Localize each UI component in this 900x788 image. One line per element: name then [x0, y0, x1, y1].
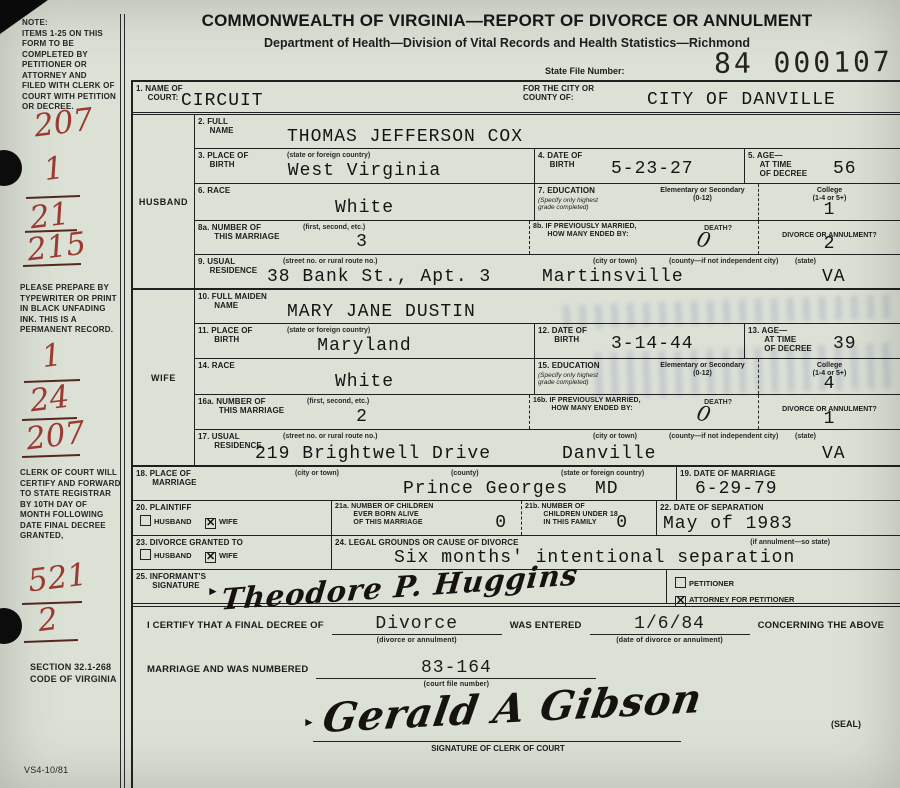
certify-prefix: I CERTIFY THAT A FINAL DECREE OF — [147, 620, 324, 631]
hole-punch-top — [0, 150, 22, 186]
granted-husband-checkbox — [140, 549, 151, 560]
prepare-note: PLEASE PREPARE BY TYPEWRITER OR PRINT IN… — [20, 283, 122, 336]
wife-name-value: MARY JANE DUSTIN — [287, 302, 476, 322]
marriage-county-value: Prince Georges — [403, 479, 568, 499]
grounds-value: Six months' intentional separation — [394, 548, 795, 568]
row-wife-residence: 17. USUAL RESIDENCE (street no. or rural… — [195, 430, 900, 465]
decree-type-hint: (divorce or annulment) — [377, 637, 457, 644]
clerk-signature-line — [313, 741, 681, 742]
handwritten-number: 207 — [24, 418, 87, 456]
state-file-number-label: State File Number: — [545, 66, 625, 76]
children-born-value: 0 — [495, 513, 507, 533]
certification-section: I CERTIFY THAT A FINAL DECREE OF Divorce… — [133, 607, 900, 788]
husband-state-value: VA — [822, 267, 846, 287]
granted-wife-checkbox: ✕ — [205, 552, 216, 563]
plaintiff-husband-checkbox — [140, 515, 151, 526]
decree-type-value: Divorce — [332, 615, 502, 635]
husband-marriage-number-hint: (first, second, etc.) — [303, 224, 365, 231]
marriage-date-value: 6-29-79 — [695, 479, 778, 499]
row-husband-race-edu: 6. RACE White 7. EDUCATION (Specify only… — [195, 184, 900, 221]
grounds-hint: (if annulment—so state) — [750, 539, 830, 546]
seal-label: (SEAL) — [831, 719, 861, 729]
handwritten-number: 2 — [36, 604, 59, 637]
handwritten-number: 207 — [32, 105, 95, 143]
husband-birthdate-value: 5-23-27 — [611, 159, 694, 179]
husband-age-label: 5. AGE— AT TIME OF DECREE — [748, 151, 897, 179]
education-elementary-label: Elementary or Secondary (0-12) — [660, 187, 744, 204]
state-hint: (state or foreign country) — [561, 470, 644, 477]
husband-education-college-value: 1 — [759, 200, 900, 220]
city-hint: (city or town) — [593, 433, 637, 440]
document-title: COMMONWEALTH OF VIRGINIA—REPORT OF DIVOR… — [124, 11, 890, 31]
handwritten-number: 1 — [40, 340, 63, 373]
note-heading: NOTE: — [22, 18, 48, 27]
wife-race-label: 14. RACE — [198, 361, 531, 370]
wife-age-value: 39 — [833, 334, 857, 354]
plaintiff-wife-label: WIFE — [219, 517, 238, 526]
row-wife-race-edu: 14. RACE White 15. EDUCATION (Specify on… — [195, 359, 900, 395]
scanned-divorce-report: NOTE: ITEMS 1-25 ON THIS FORM TO BE COMP… — [0, 0, 900, 788]
handwritten-underline — [24, 639, 78, 643]
row-wife-birth: 11. PLACE OF BIRTH (state or foreign cou… — [195, 324, 900, 359]
note-body: ITEMS 1-25 ON THIS FORM TO BE COMPLETED … — [22, 29, 116, 112]
form-main: COMMONWEALTH OF VIRGINIA—REPORT OF DIVOR… — [124, 0, 900, 788]
wife-city-value: Danville — [562, 444, 656, 464]
county-hint: (county) — [451, 470, 479, 477]
city-hint: (city or town) — [295, 470, 339, 477]
plaintiff-husband-label: HUSBAND — [154, 517, 192, 526]
city-hint: (city or town) — [593, 258, 637, 265]
wife-marriage-number-hint: (first, second, etc.) — [307, 398, 369, 405]
clerk-signature-label: SIGNATURE OF CLERK OF COURT — [353, 744, 643, 753]
state-hint: (state) — [795, 258, 816, 265]
handwritten-number: 1 — [42, 153, 65, 186]
wife-age-label: 13. AGE— AT TIME OF DECREE — [748, 326, 897, 354]
husband-section-label: HUSBAND — [133, 115, 195, 288]
granted-wife-label: WIFE — [219, 551, 238, 560]
form-version: VS4-10/81 — [24, 765, 68, 777]
children-born-label: 21a. NUMBER OF CHILDREN EVER BORN ALIVE … — [335, 503, 518, 527]
wife-divorce-count: 1 — [759, 409, 900, 429]
husband-race-label: 6. RACE — [198, 186, 531, 195]
attorney-label: ATTORNEY FOR PETITIONER — [689, 595, 794, 604]
wife-education-hint: (Specify only highest grade completed) — [538, 372, 644, 386]
husband-birthplace-hint: (state or foreign country) — [287, 152, 370, 159]
wife-section: WIFE 10. FULL MAIDEN NAME MARY JANE DUST… — [133, 290, 900, 467]
certify-mid: WAS ENTERED — [510, 620, 582, 631]
city-county-label: FOR THE CITY OR COUNTY OF: — [523, 84, 594, 102]
entered-date-value: 1/6/84 — [590, 615, 750, 635]
wife-section-label: WIFE — [133, 290, 195, 465]
row-wife-name: 10. FULL MAIDEN NAME MARY JANE DUSTIN — [195, 290, 900, 324]
clerk-note: CLERK OF COURT WILL CERTIFY AND FORWARD … — [20, 468, 124, 542]
row-husband-residence: 9. USUAL RESIDENCE (street no. or rural … — [195, 255, 900, 288]
separation-date-value: May of 1983 — [663, 514, 793, 534]
county-hint: (county—if not independent city) — [669, 258, 778, 265]
plaintiff-wife-checkbox: ✕ — [205, 518, 216, 529]
street-hint: (street no. or rural route no.) — [283, 433, 378, 440]
state-file-number-stamp: 84 000107 — [714, 45, 893, 80]
separation-date-label: 22. DATE OF SEPARATION — [660, 503, 897, 512]
wife-race-value: White — [195, 372, 534, 392]
wife-birthdate-value: 3-14-44 — [611, 334, 694, 354]
wife-state-value: VA — [822, 444, 846, 464]
county-hint: (county—if not independent city) — [669, 433, 778, 440]
row-marriage-place: 18. PLACE OF MARRIAGE (city or town) (co… — [133, 467, 900, 501]
wife-marriage-number-value: 2 — [195, 407, 529, 427]
entered-date-hint: (date of divorce or annulment) — [616, 637, 723, 644]
certify-line: I CERTIFY THAT A FINAL DECREE OF Divorce… — [147, 615, 884, 644]
hole-punch-bottom — [0, 608, 22, 644]
wife-street-value: 219 Brightwell Drive — [255, 444, 491, 464]
state-hint: (state) — [795, 433, 816, 440]
section-code: SECTION 32.1-268 CODE OF VIRGINIA — [30, 662, 125, 686]
attorney-checkbox: ✕ — [675, 596, 686, 607]
marriage-state-value: MD — [595, 479, 619, 499]
certify-suffix: CONCERNING THE ABOVE — [758, 620, 885, 631]
row-informant: 25. INFORMANT'S SIGNATURE ► Theodore P. … — [133, 570, 900, 607]
husband-education-hint: (Specify only highest grade completed) — [538, 197, 644, 211]
margin-note-heading: NOTE: ITEMS 1-25 ON THIS FORM TO BE COMP… — [22, 18, 120, 113]
husband-education-label: 7. EDUCATION — [538, 186, 644, 195]
granted-husband-label: HUSBAND — [154, 551, 192, 560]
row-husband-name: 2. FULL NAME THOMAS JEFFERSON COX — [195, 115, 900, 149]
husband-marriage-number-value: 3 — [195, 232, 529, 252]
children-under18-value: 0 — [616, 513, 628, 533]
handwritten-number: 215 — [25, 229, 88, 267]
signature-arrow-icon: ► — [303, 715, 315, 729]
husband-section: HUSBAND 2. FULL NAME THOMAS JEFFERSON CO… — [133, 115, 900, 290]
handwritten-number: 24 — [28, 382, 71, 418]
husband-name-value: THOMAS JEFFERSON COX — [287, 127, 523, 147]
handwritten-number: 521 — [26, 560, 89, 598]
wife-education-college-value: 4 — [759, 374, 900, 394]
court-value: CIRCUIT — [181, 91, 264, 111]
husband-race-value: White — [195, 198, 534, 218]
row-wife-marriage-number: 16a. NUMBER OF THIS MARRIAGE (first, sec… — [195, 395, 900, 430]
husband-city-value: Martinsville — [542, 267, 684, 287]
row-husband-marriage-number: 8a. NUMBER OF THIS MARRIAGE (first, seco… — [195, 221, 900, 255]
wife-birthplace-value: Maryland — [195, 336, 534, 356]
row-court: 1. NAME OF COURT: CIRCUIT FOR THE CITY O… — [133, 82, 900, 115]
numbered-prefix: MARRIAGE AND WAS NUMBERED — [147, 664, 308, 675]
form-grid: 1. NAME OF COURT: CIRCUIT FOR THE CITY O… — [131, 80, 900, 788]
wife-birthplace-hint: (state or foreign country) — [287, 327, 370, 334]
petitioner-label: PETITIONER — [689, 579, 734, 588]
marriage-date-label: 19. DATE OF MARRIAGE — [680, 469, 897, 478]
city-county-value: CITY OF DANVILLE — [647, 90, 836, 110]
petitioner-checkbox — [675, 577, 686, 588]
row-plaintiff-children: 20. PLAINTIFF HUSBAND ✕WIFE 21a. NUMBER … — [133, 501, 900, 536]
signature-arrow-icon: ► — [207, 584, 219, 598]
street-hint: (street no. or rural route no.) — [283, 258, 378, 265]
husband-age-value: 56 — [833, 159, 857, 179]
education-elementary-label: Elementary or Secondary (0-12) — [660, 362, 744, 379]
court-file-number-value: 83-164 — [316, 659, 596, 679]
husband-street-value: 38 Bank St., Apt. 3 — [267, 267, 491, 287]
wife-education-label: 15. EDUCATION — [538, 361, 644, 370]
row-husband-birth: 3. PLACE OF BIRTH (state or foreign coun… — [195, 149, 900, 184]
husband-birthplace-value: West Virginia — [195, 161, 534, 181]
children-under18-label: 21b. NUMBER OF CHILDREN UNDER 18 IN THIS… — [525, 503, 653, 527]
husband-divorce-count: 2 — [759, 234, 900, 254]
